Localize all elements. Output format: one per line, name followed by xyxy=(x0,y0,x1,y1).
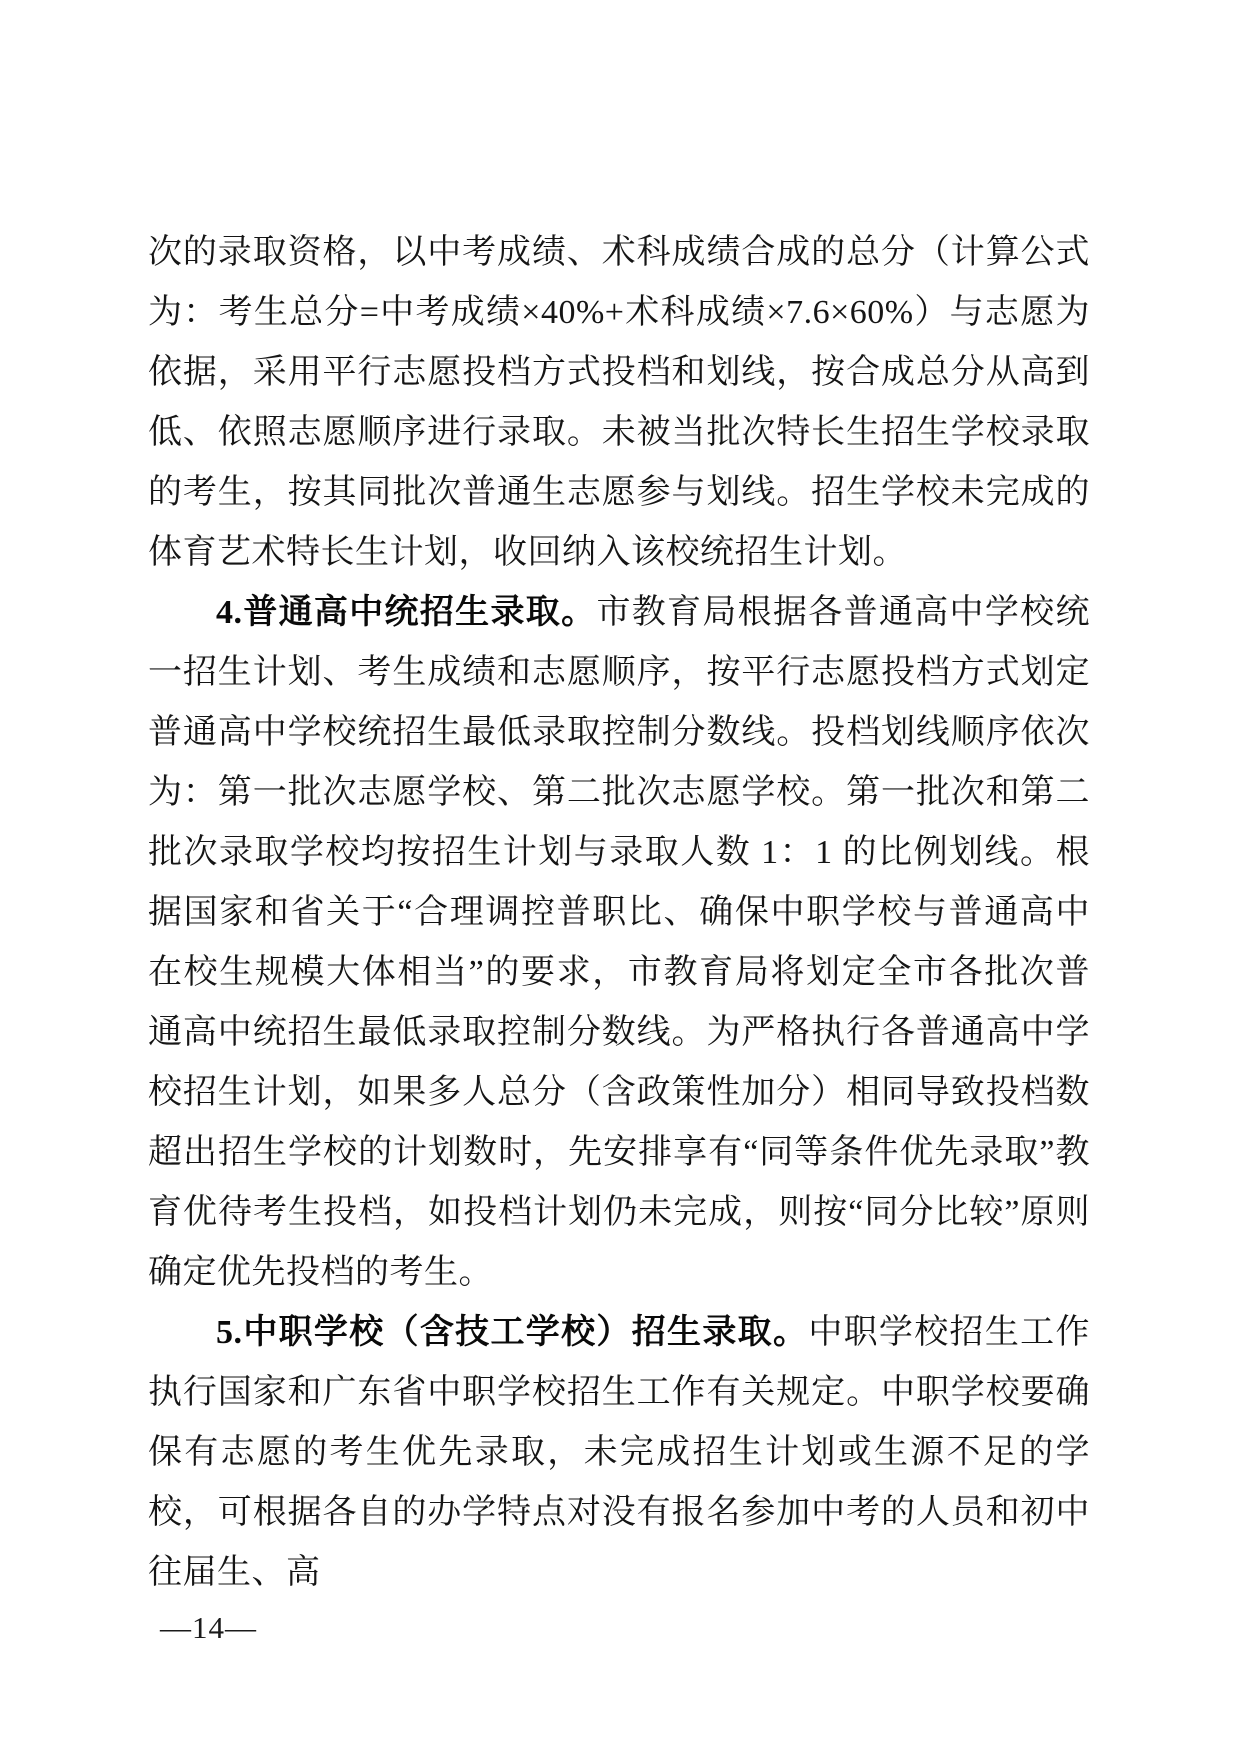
paragraph-text-item5: 中职学校招生工作执行国家和广东省中职学校招生工作有关规定。中职学校要确保有志愿的… xyxy=(148,1314,1090,1591)
paragraph-heading-item5: 5.中职学校（含技工学校）招生录取。 xyxy=(216,1314,808,1351)
paragraph-text-item4: 市教育局根据各普通高中学校统一招生计划、考生成绩和志愿顺序，按平行志愿投档方式划… xyxy=(148,594,1090,1291)
body-paragraph-item4: 4.普通高中统招生录取。市教育局根据各普通高中学校统一招生计划、考生成绩和志愿顺… xyxy=(148,583,1090,1303)
body-paragraph-continuation: 次的录取资格，以中考成绩、术科成绩合成的总分（计算公式为：考生总分=中考成绩×4… xyxy=(148,223,1090,583)
paragraph-heading-item4: 4.普通高中统招生录取。 xyxy=(216,594,596,631)
document-body: 次的录取资格，以中考成绩、术科成绩合成的总分（计算公式为：考生总分=中考成绩×4… xyxy=(148,223,1090,1603)
body-paragraph-item5: 5.中职学校（含技工学校）招生录取。中职学校招生工作执行国家和广东省中职学校招生… xyxy=(148,1303,1090,1603)
document-page: 次的录取资格，以中考成绩、术科成绩合成的总分（计算公式为：考生总分=中考成绩×4… xyxy=(0,0,1240,1754)
page-number: —14— xyxy=(160,1608,257,1648)
